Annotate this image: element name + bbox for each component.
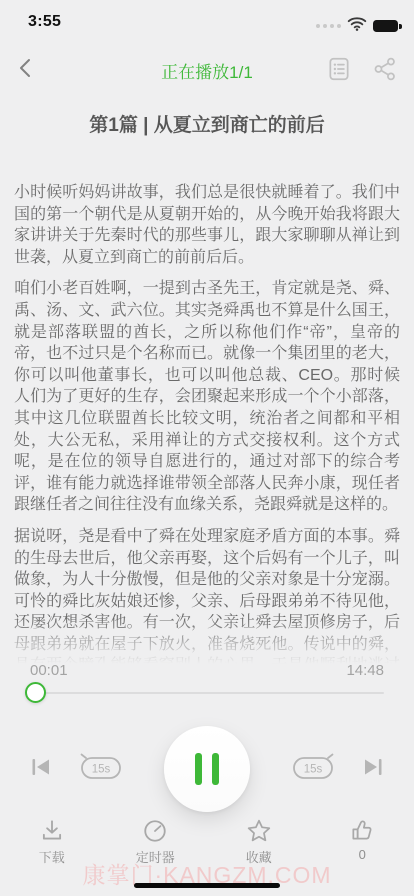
page-title: 第1篇 | 从夏立到商亡的前后: [20, 110, 394, 137]
home-indicator[interactable]: [134, 883, 280, 888]
battery-icon: [373, 20, 398, 32]
progress-slider[interactable]: [30, 682, 384, 704]
svg-text:15s: 15s: [92, 764, 111, 776]
paragraph: 小时候听妈妈讲故事，我们总是很快就睡着了。我们中国的第一个朝代是从夏朝开始的，从…: [14, 182, 400, 268]
total-time: 14:48: [346, 662, 384, 679]
status-time: 3:55: [28, 13, 61, 31]
transport-controls: 15s 15s: [0, 726, 414, 816]
forward-15s-button[interactable]: 15s: [290, 753, 336, 783]
timer-icon: [142, 818, 168, 844]
rewind-15s-button[interactable]: 15s: [78, 753, 124, 783]
time-row: 00:01 14:48: [30, 662, 384, 679]
like-button[interactable]: 0: [311, 818, 414, 870]
bottom-toolbar: 下载 定时器 收藏 0: [0, 818, 414, 870]
slider-thumb[interactable]: [25, 682, 46, 703]
wifi-icon: [347, 16, 367, 36]
player-screen: 3:55 正在播放1/1: [0, 0, 414, 896]
like-count: 0: [359, 847, 366, 862]
timer-button[interactable]: 定时器: [104, 818, 208, 870]
timer-label: 定时器: [136, 847, 175, 866]
next-track-button[interactable]: [362, 756, 384, 778]
download-label: 下载: [39, 847, 65, 866]
pause-button[interactable]: [164, 726, 250, 812]
status-bar: 3:55: [0, 0, 414, 44]
download-icon: [39, 818, 65, 844]
nav-bar: 正在播放1/1: [0, 44, 414, 92]
favorite-button[interactable]: 收藏: [207, 818, 311, 870]
svg-text:15s: 15s: [304, 764, 323, 776]
star-icon: [246, 818, 272, 844]
pause-icon: [195, 753, 202, 785]
slider-track: [30, 692, 384, 694]
article-body[interactable]: 小时候听妈妈讲故事，我们总是很快就睡着了。我们中国的第一个朝代是从夏朝开始的，从…: [14, 182, 400, 670]
share-icon[interactable]: [372, 56, 398, 82]
favorite-label: 收藏: [246, 847, 272, 866]
paragraph: 咱们小老百姓啊，一提到古圣先王，肯定就是尧、舜、禹、汤、文、武六位。其实尧舜禹也…: [14, 278, 400, 516]
download-button[interactable]: 下载: [0, 818, 104, 870]
cellular-signal-icon: [316, 24, 341, 28]
playlist-icon[interactable]: [326, 56, 352, 82]
paragraph: 据说呀，尧是看中了舜在处理家庭矛盾方面的本事。舜的生母去世后，他父亲再娶，这个后…: [14, 526, 400, 670]
previous-track-button[interactable]: [30, 756, 52, 778]
elapsed-time: 00:01: [30, 662, 68, 679]
thumbs-up-icon: [349, 818, 375, 844]
